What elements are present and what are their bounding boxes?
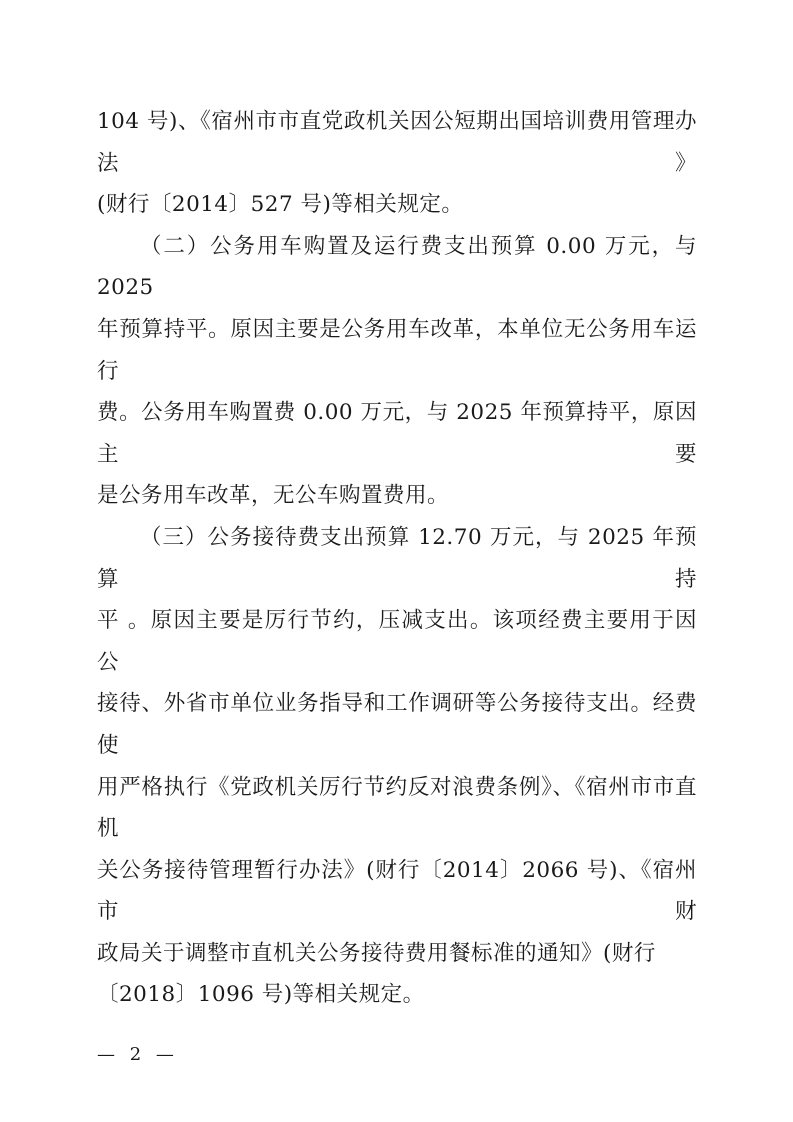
text-line: (财行〔2014〕527 号)等相关规定。: [97, 184, 697, 226]
paragraph-official-reception-budget: （三）公务接待费支出预算 12.70 万元，与 2025 年预算持 平 。原因主…: [97, 517, 697, 1016]
page-footer: — 2 —: [97, 1042, 297, 1068]
text-line: 〔2018〕1096 号)等相关规定。: [97, 974, 697, 1016]
document-body: 104 号)、《宿州市市直党政机关因公短期出国培训费用管理办法》 (财行〔201…: [97, 101, 697, 1016]
page-number: — 2 —: [97, 1044, 175, 1065]
text-line: 104 号)、《宿州市市直党政机关因公短期出国培训费用管理办法》: [97, 101, 697, 184]
text-line: 政局关于调整市直机关公务接待费用餐标准的通知》(财行: [97, 933, 697, 975]
text-line: 年预算持平。原因主要是公务用车改革，本单位无公务用车运行: [97, 309, 697, 392]
text-line: （三）公务接待费支出预算 12.70 万元，与 2025 年预算持: [97, 517, 697, 600]
text-line: 接待、外省市单位业务指导和工作调研等公务接待支出。经费使: [97, 683, 697, 766]
document-page: 104 号)、《宿州市市直党政机关因公短期出国培训费用管理办法》 (财行〔201…: [0, 0, 793, 1122]
text-line: 用严格执行《党政机关厉行节约反对浪费条例》、《宿州市市直机: [97, 767, 697, 850]
text-line: 是公务用车改革，无公车购置费用。: [97, 475, 697, 517]
text-line: 平 。原因主要是厉行节约，压减支出。该项经费主要用于因公: [97, 600, 697, 683]
paragraph-official-vehicle-budget: （二）公务用车购置及运行费支出预算 0.00 万元，与 2025 年预算持平。原…: [97, 226, 697, 517]
text-line: 关公务接待管理暂行办法》(财行〔2014〕2066 号)、《宿州市财: [97, 850, 697, 933]
text-line: 费。公务用车购置费 0.00 万元，与 2025 年预算持平，原因主要: [97, 392, 697, 475]
paragraph-regulations-continuation: 104 号)、《宿州市市直党政机关因公短期出国培训费用管理办法》 (财行〔201…: [97, 101, 697, 226]
text-line: （二）公务用车购置及运行费支出预算 0.00 万元，与 2025: [97, 226, 697, 309]
